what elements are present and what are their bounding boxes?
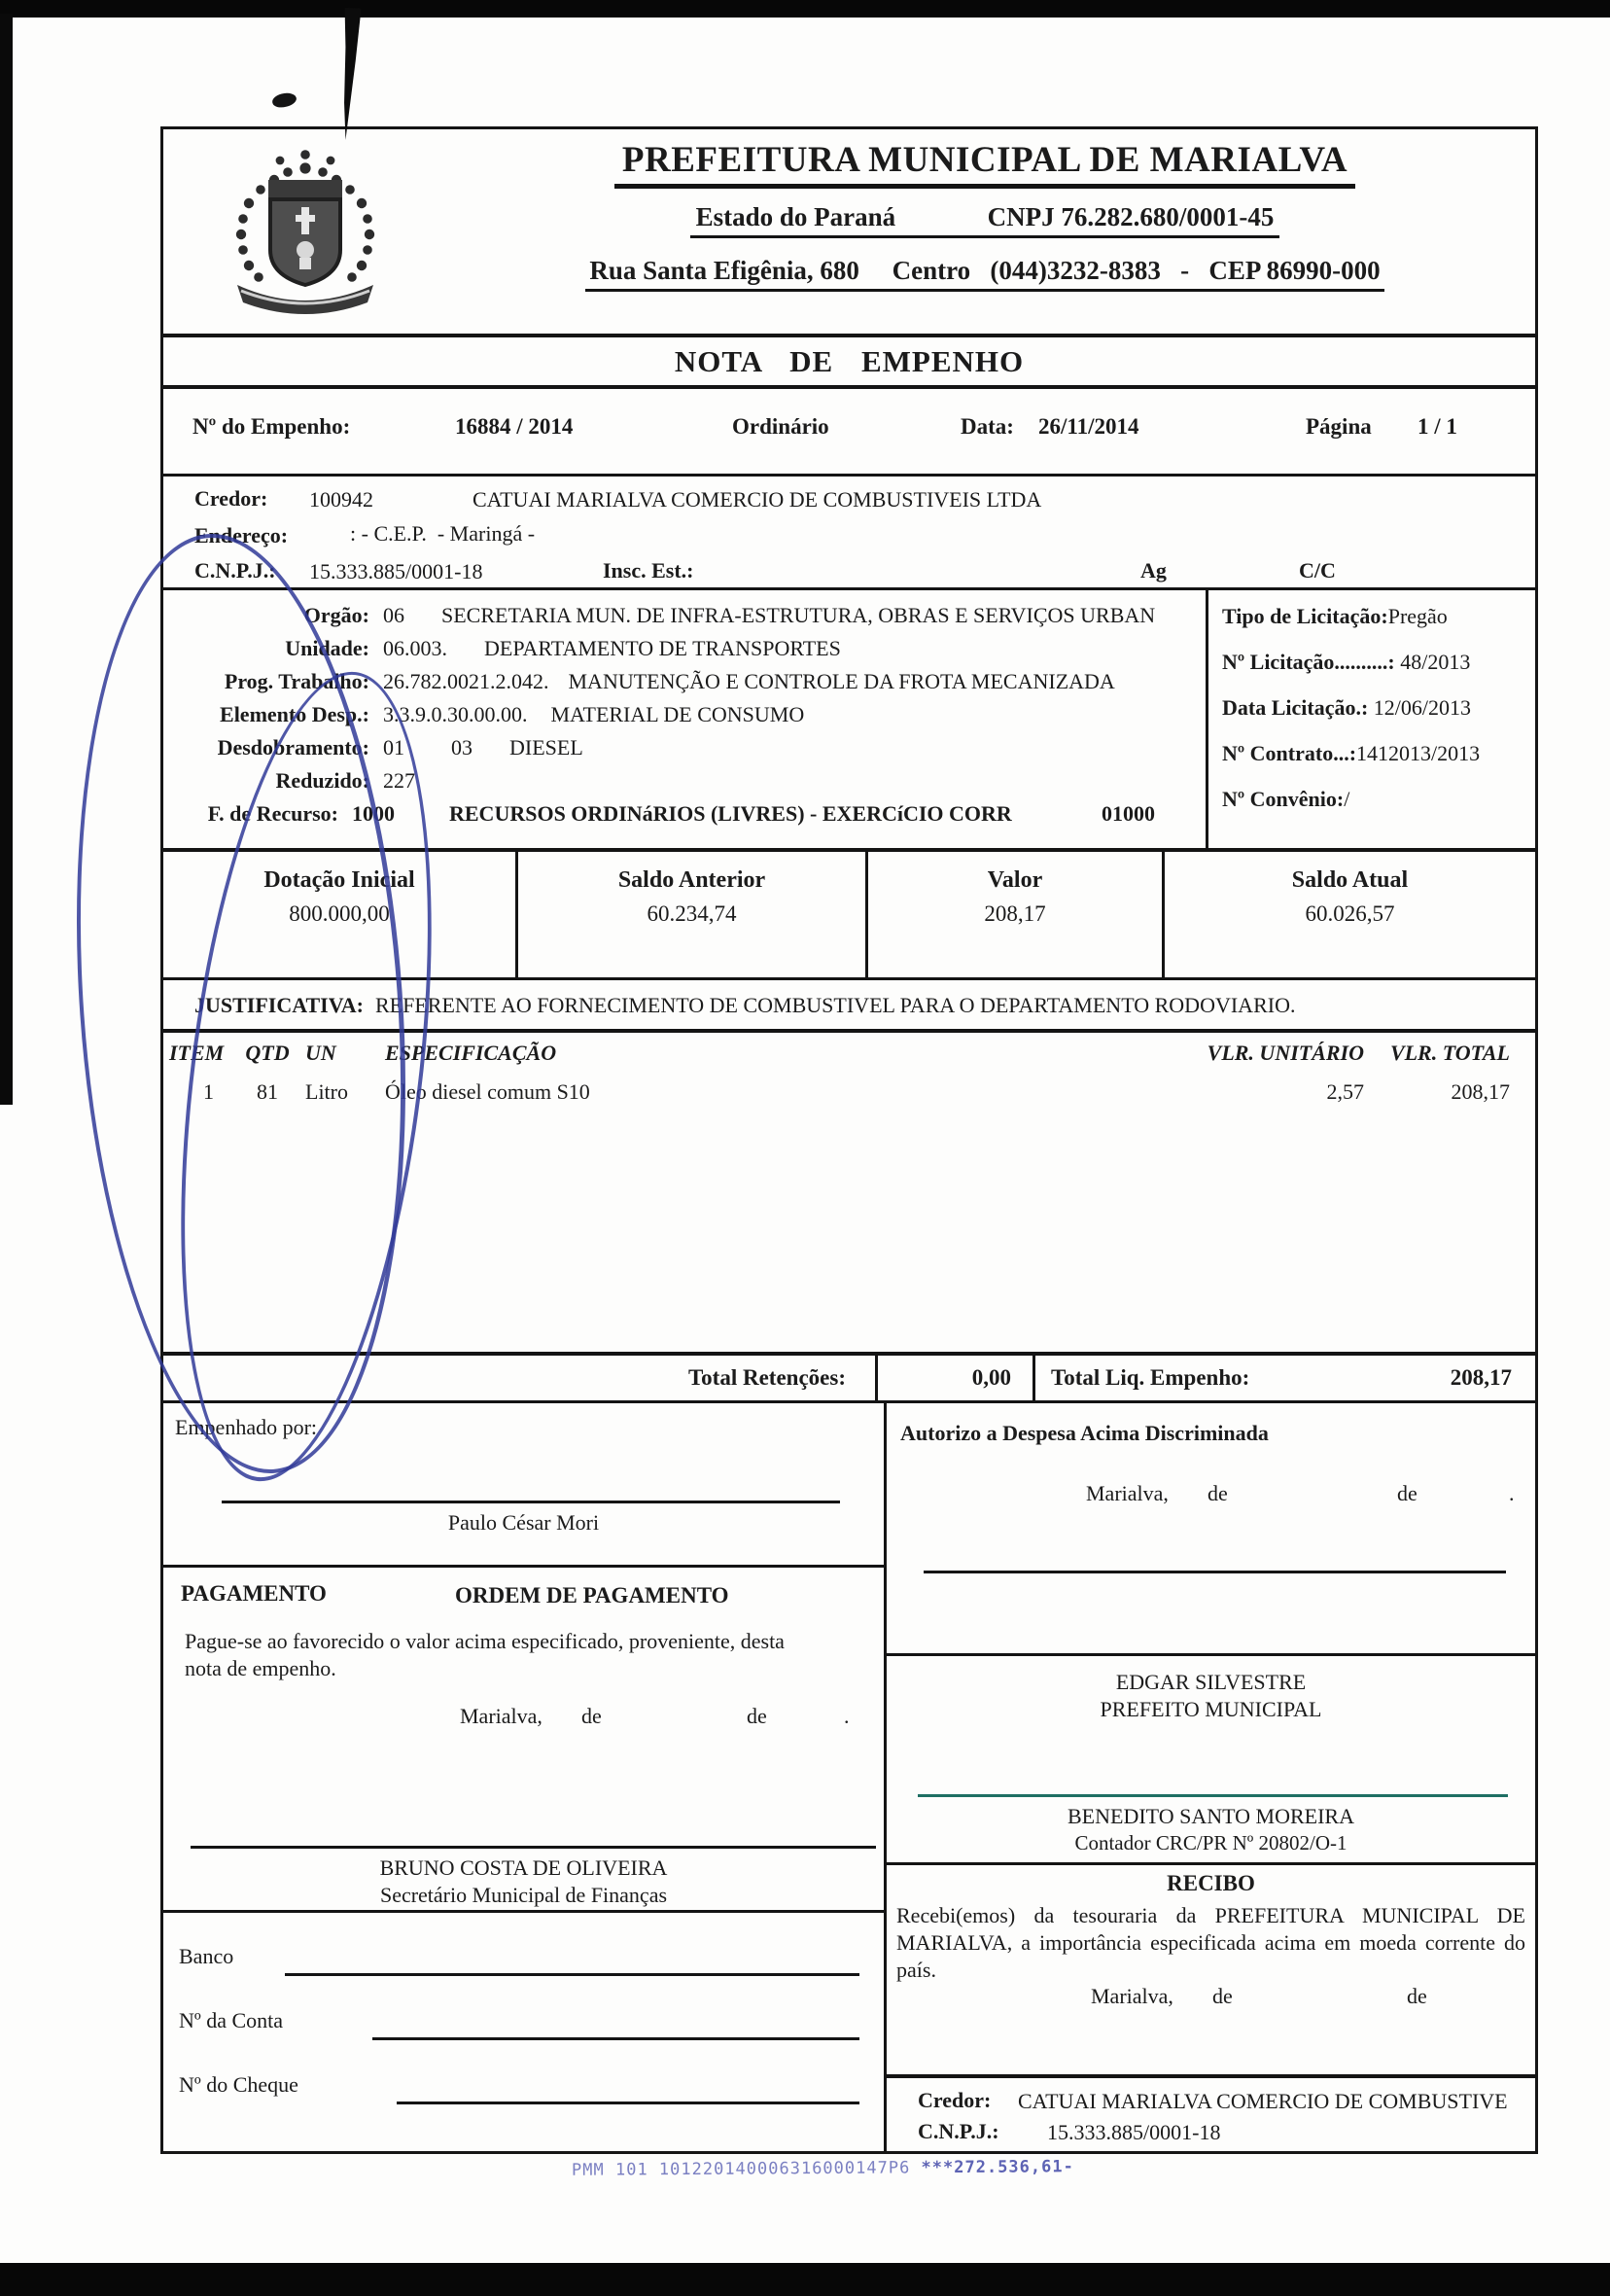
empenho-type: Ordinário <box>732 414 829 440</box>
bank-label: Banco <box>179 1944 233 1969</box>
contract-number-line: Nº Contrato...:1412013/2013 <box>1222 741 1535 766</box>
page-number: 1 / 1 <box>1417 414 1457 440</box>
totals-row: Total Retenções: 0,00 Total Liq. Empenho… <box>163 1352 1535 1403</box>
agreement-number-line: Nº Convênio:/ <box>1222 787 1535 812</box>
state-line: Estado do Paraná CNPJ 76.282.680/0001-45 <box>690 202 1280 238</box>
desdobramento-line: Desdobramento:0103DIESEL <box>163 732 1197 765</box>
receipt-creditor-label: Credor: <box>918 2088 991 2113</box>
unidade-line: Unidade:06.003.DEPARTAMENTO DE TRANSPORT… <box>163 633 1197 666</box>
accountant-name: BENEDITO SANTO MOREIRA <box>887 1804 1535 1829</box>
net-total-label: Total Liq. Empenho: <box>1051 1356 1249 1400</box>
address-line: Rua Santa Efigênia, 680 Centro (044)3232… <box>585 256 1383 292</box>
coat-of-arms-logo <box>183 137 428 328</box>
mayor-name: EDGAR SILVESTRE <box>887 1670 1535 1695</box>
empenho-date-label: Data: <box>961 414 1014 440</box>
bidding-date-line: Data Licitação.: 12/06/2013 <box>1222 695 1535 721</box>
signature-line <box>918 1794 1508 1797</box>
reduzido-line: Reduzido:227 <box>163 765 1197 798</box>
saldo-atual-cell: Saldo Atual 60.026,57 <box>1162 852 1535 977</box>
retentions-value: 0,00 <box>875 1356 1032 1400</box>
signature-line <box>222 1501 840 1503</box>
agency-label: Ag <box>1140 558 1167 583</box>
empenhado-por-cell: Empenhado por: Paulo César Mori <box>163 1403 884 1568</box>
prog-trabalho-line: Prog. Trabalho:26.782.0021.2.042.MANUTEN… <box>163 666 1197 699</box>
dot-matrix-footer-line: PMM 101 101220140006316000147P6 ***272.5… <box>572 2157 1074 2180</box>
item-row: 1 81 Litro Óleo diesel comum S10 2,57 20… <box>163 1079 1535 1105</box>
bidding-info-box: Tipo de Licitação:Pregão Nº Licitação...… <box>1206 590 1535 848</box>
fonte-recurso-line: F. de Recurso:1000RECURSOS ORDINáRIOS (L… <box>163 798 1197 831</box>
left-signature-column: Empenhado por: Paulo César Mori PAGAMENT… <box>163 1403 887 2151</box>
payment-order-title: ORDEM DE PAGAMENTO <box>455 1583 729 1608</box>
payment-order-cell: PAGAMENTO ORDEM DE PAGAMENTO Pague-se ao… <box>163 1568 884 1913</box>
fonte-recurso-code2: 01000 <box>1102 798 1155 830</box>
nota-de-empenho-form: PREFEITURA MUNICIPAL DE MARIALVA Estado … <box>160 126 1538 2154</box>
ink-streak-artifact <box>334 8 361 141</box>
receipt-text: Recebi(emos) da tesouraria da PREFEITURA… <box>896 1902 1525 1984</box>
signature-line <box>924 1571 1506 1573</box>
items-table: ITEM QTD UN ESPECIFICAÇÃO VLR. UNITÁRIO … <box>163 1033 1535 1352</box>
empenhado-signer-name: Paulo César Mori <box>163 1510 884 1536</box>
empenho-date-value: 26/11/2014 <box>1038 414 1139 440</box>
receipt-creditor-name: CATUAI MARIALVA COMERCIO DE COMBUSTIVE <box>1018 2089 1535 2114</box>
signature-line <box>191 1846 876 1849</box>
empenho-number-row: Nº do Empenho: 16884 / 2014 Ordinário Da… <box>163 389 1535 477</box>
account-number-label: Nº da Conta <box>179 2008 283 2033</box>
budget-classification-block: Orgão:06SECRETARIA MUN. DE INFRA-ESTRUTU… <box>163 590 1535 848</box>
footer-code: PMM 101 101220140006316000147P6 <box>572 2158 922 2180</box>
creditor-name: CATUAI MARIALVA COMERCIO DE COMBUSTIVEIS… <box>472 487 1041 512</box>
bidding-type-line: Tipo de Licitação:Pregão <box>1222 604 1535 629</box>
page-label: Página <box>1306 414 1372 440</box>
valor-cell: Valor 208,17 <box>865 852 1162 977</box>
municipality-cnpj: CNPJ 76.282.680/0001-45 <box>988 202 1275 231</box>
mayor-accountant-cell: EDGAR SILVESTRE PREFEITO MUNICIPAL BENED… <box>887 1656 1535 1865</box>
payment-label: PAGAMENTO <box>181 1581 327 1607</box>
justification-row: JUSTIFICATIVA: REFERENTE AO FORNECIMENTO… <box>163 980 1535 1033</box>
justification-text: REFERENTE AO FORNECIMENTO DE COMBUSTIVEL… <box>375 993 1295 1018</box>
account-field-line <box>372 2037 859 2040</box>
accountant-title: Contador CRC/PR Nº 20802/O-1 <box>887 1831 1535 1855</box>
scanned-document-page: PMM 101 101220140006316000147P6 ***272.5… <box>0 0 1610 2296</box>
budget-lines: Orgão:06SECRETARIA MUN. DE INFRA-ESTRUTU… <box>163 600 1197 831</box>
mayor-title: PREFEITO MUNICIPAL <box>887 1697 1535 1722</box>
net-total-value: 208,17 <box>1451 1356 1512 1400</box>
signatures-section: Empenhado por: Paulo César Mori PAGAMENT… <box>163 1403 1535 2151</box>
cheque-field-line <box>397 2102 859 2104</box>
empenho-number-value: 16884 / 2014 <box>455 414 573 440</box>
cheque-number-label: Nº do Cheque <box>179 2072 298 2098</box>
municipality-title: PREFEITURA MUNICIPAL DE MARIALVA <box>614 139 1355 189</box>
finance-secretary-name: BRUNO COSTA DE OLIVEIRA <box>163 1855 884 1881</box>
receipt-creditor-cell: Credor: CATUAI MARIALVA COMERCIO DE COMB… <box>887 2078 1535 2151</box>
dotacao-inicial-cell: Dotação Inicial 800.000,00 <box>163 852 515 977</box>
right-signature-column: Autorizo a Despesa Acima Discriminada Ma… <box>887 1403 1535 2151</box>
creditor-cnpj-value: 15.333.885/0001-18 <box>309 559 482 584</box>
receipt-cnpj-value: 15.333.885/0001-18 <box>1047 2120 1220 2145</box>
finance-secretary-title: Secretário Municipal de Finanças <box>163 1883 884 1908</box>
empenho-number-label: Nº do Empenho: <box>192 414 350 440</box>
header-text-block: PREFEITURA MUNICIPAL DE MARIALVA Estado … <box>440 139 1529 292</box>
creditor-code: 100942 <box>309 487 373 512</box>
ink-fleck-artifact <box>271 90 298 110</box>
footer-amount: ***272.536,61- <box>921 2157 1073 2177</box>
retentions-label: Total Retenções: <box>163 1356 875 1400</box>
authorization-text: Autorizo a Despesa Acima Discriminada <box>900 1421 1269 1446</box>
state-registration-label: Insc. Est.: <box>603 558 694 583</box>
creditor-address-label: Endereço: <box>194 523 288 548</box>
scan-top-black-bar <box>0 0 1610 18</box>
justification-label: JUSTIFICATIVA: <box>194 993 364 1018</box>
creditor-address-value: : - C.E.P. - Maringá - <box>350 521 535 547</box>
receipt-title: RECIBO <box>887 1871 1535 1896</box>
saldo-anterior-cell: Saldo Anterior 60.234,74 <box>515 852 865 977</box>
net-total-cell: Total Liq. Empenho: 208,17 <box>1032 1356 1535 1400</box>
empenhado-por-label: Empenhado por: <box>175 1415 317 1440</box>
orgao-line: Orgão:06SECRETARIA MUN. DE INFRA-ESTRUTU… <box>163 600 1197 633</box>
creditor-cnpj-label: C.N.P.J.: <box>194 558 276 583</box>
items-header-row: ITEM QTD UN ESPECIFICAÇÃO VLR. UNITÁRIO … <box>163 1041 1535 1066</box>
authorization-cell: Autorizo a Despesa Acima Discriminada Ma… <box>887 1403 1535 1656</box>
balances-row: Dotação Inicial 800.000,00 Saldo Anterio… <box>163 848 1535 980</box>
document-title-bar: NOTA DE EMPENHO <box>163 334 1535 389</box>
bank-field-line <box>285 1973 859 1976</box>
bank-fields-cell: Banco Nº da Conta Nº do Cheque <box>163 1913 884 2151</box>
receipt-cnpj-label: C.N.P.J.: <box>918 2119 999 2144</box>
creditor-block: Credor: 100942 CATUAI MARIALVA COMERCIO … <box>163 477 1535 590</box>
document-header: PREFEITURA MUNICIPAL DE MARIALVA Estado … <box>163 129 1535 334</box>
elemento-despesa-line: Elemento Desp.:3.3.9.0.30.00.00.MATERIAL… <box>163 699 1197 732</box>
bidding-number-line: Nº Licitação..........: 48/2013 <box>1222 650 1535 675</box>
scan-bottom-black-bar <box>0 2263 1610 2296</box>
receipt-cell: RECIBO Recebi(emos) da tesouraria da PRE… <box>887 1865 1535 2078</box>
scan-left-black-bar <box>0 14 13 1105</box>
payment-order-text: Pague-se ao favorecido o valor acima esp… <box>185 1628 816 1682</box>
creditor-label: Credor: <box>194 486 267 512</box>
account-label: C/C <box>1299 558 1336 583</box>
